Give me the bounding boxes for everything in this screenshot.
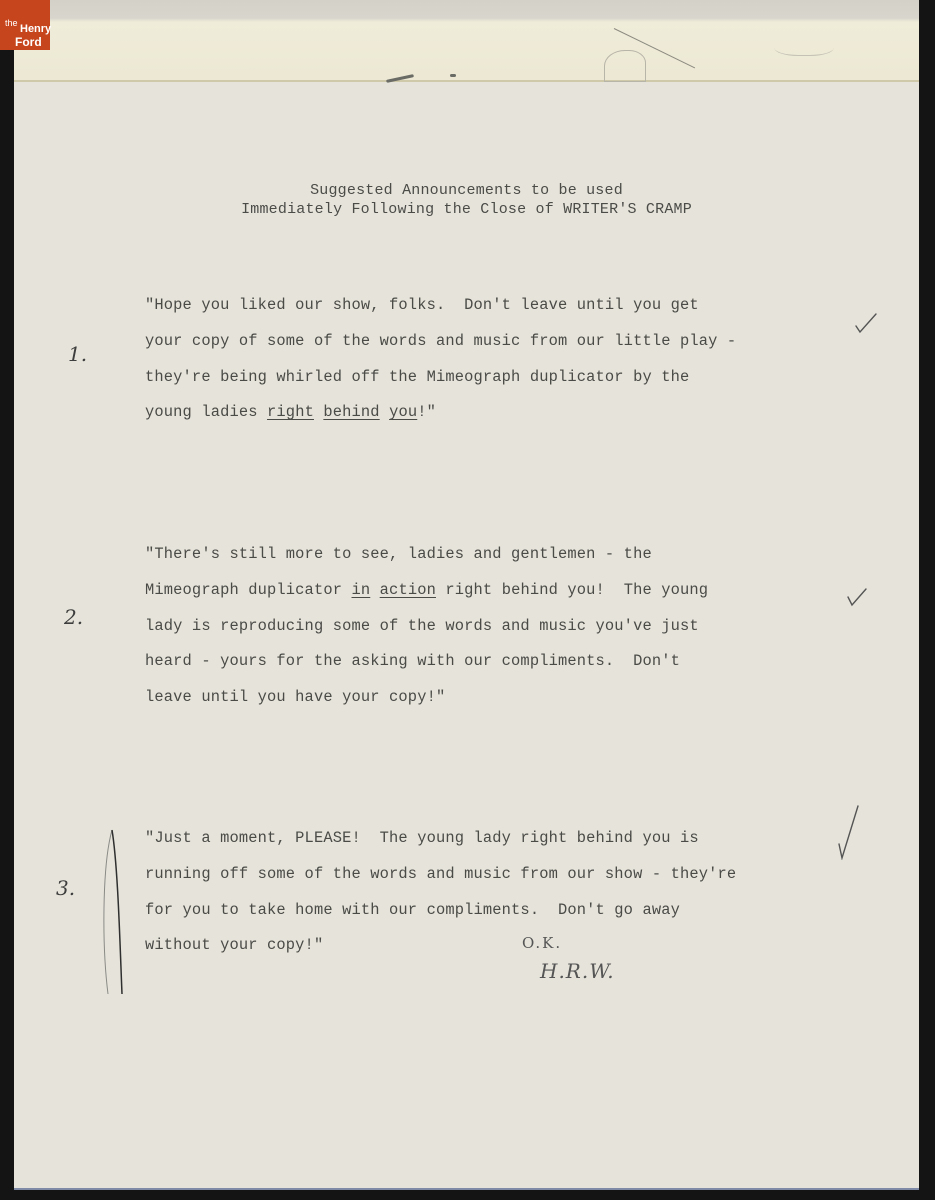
text-line: lady is reproducing some of the words an… xyxy=(145,615,708,651)
logo-line-henry: Henry xyxy=(20,24,51,34)
text-segment: "Just a moment, PLEASE! The young lady r… xyxy=(145,829,699,847)
handwritten-number-3: 3. xyxy=(56,876,75,900)
text-line: "There's still more to see, ladies and g… xyxy=(145,543,708,579)
the-henry-ford-logo: the Henry Ford xyxy=(0,0,50,50)
text-segment: !" xyxy=(417,403,436,421)
heading-line-1: Suggested Announcements to be used xyxy=(14,181,919,200)
text-line: "Hope you liked our show, folks. Don't l… xyxy=(145,294,736,330)
staple-icon xyxy=(450,74,456,77)
text-segment: heard - yours for the asking with our co… xyxy=(145,652,680,670)
underlined-text: right xyxy=(267,403,314,421)
text-line: young ladies right behind you!" xyxy=(145,401,736,437)
text-line: Mimeograph duplicator in action right be… xyxy=(145,579,708,615)
text-segment xyxy=(380,403,389,421)
logo-line-the: the xyxy=(5,18,18,28)
text-segment: "There's still more to see, ladies and g… xyxy=(145,545,652,563)
logo-line-ford: Ford xyxy=(15,37,42,47)
text-segment: young ladies xyxy=(145,403,267,421)
text-segment: for you to take home with our compliment… xyxy=(145,901,680,919)
underlined-text: in xyxy=(352,581,371,599)
pencil-mark xyxy=(604,50,646,82)
text-segment xyxy=(370,581,379,599)
approval-initials: O.K. H.R.W. xyxy=(522,930,682,990)
handwritten-bracket xyxy=(98,826,128,998)
handwritten-number-1: 1. xyxy=(68,342,87,366)
text-line: your copy of some of the words and music… xyxy=(145,330,736,366)
text-segment xyxy=(314,403,323,421)
pencil-mark xyxy=(774,35,834,56)
text-segment: Mimeograph duplicator xyxy=(145,581,352,599)
text-segment: lady is reproducing some of the words an… xyxy=(145,617,699,635)
text-segment: they're being whirled off the Mimeograph… xyxy=(145,368,689,386)
text-line: running off some of the words and music … xyxy=(145,863,736,899)
scan-border-left xyxy=(0,50,14,1200)
text-segment: leave until you have your copy!" xyxy=(145,688,445,706)
text-segment: right behind you! The young xyxy=(436,581,708,599)
text-segment: running off some of the words and music … xyxy=(145,865,736,883)
checkmark-icon xyxy=(846,585,870,607)
text-line: heard - yours for the asking with our co… xyxy=(145,650,708,686)
text-line: "Just a moment, PLEASE! The young lady r… xyxy=(145,827,736,863)
checkmark-icon xyxy=(854,312,878,334)
handwritten-number-2: 2. xyxy=(64,605,83,629)
underlined-text: behind xyxy=(323,403,379,421)
text-segment: "Hope you liked our show, folks. Don't l… xyxy=(145,296,699,314)
approval-initials-text: H.R.W. xyxy=(539,959,615,983)
document-heading: Suggested Announcements to be used Immed… xyxy=(14,181,919,219)
underlined-text: action xyxy=(380,581,436,599)
text-segment: your copy of some of the words and music… xyxy=(145,332,736,350)
text-line: leave until you have your copy!" xyxy=(145,686,708,722)
checkmark-icon xyxy=(836,804,860,860)
announcement-2: "There's still more to see, ladies and g… xyxy=(145,543,708,722)
approval-ok-text: O.K. xyxy=(522,934,562,952)
heading-line-2: Immediately Following the Close of WRITE… xyxy=(14,200,919,219)
folded-top-flap xyxy=(14,0,919,82)
underlined-text: you xyxy=(389,403,417,421)
text-segment: without your copy!" xyxy=(145,936,323,954)
document-page: Suggested Announcements to be used Immed… xyxy=(14,0,919,1190)
announcement-1: "Hope you liked our show, folks. Don't l… xyxy=(145,294,736,437)
text-line: they're being whirled off the Mimeograph… xyxy=(145,366,736,402)
